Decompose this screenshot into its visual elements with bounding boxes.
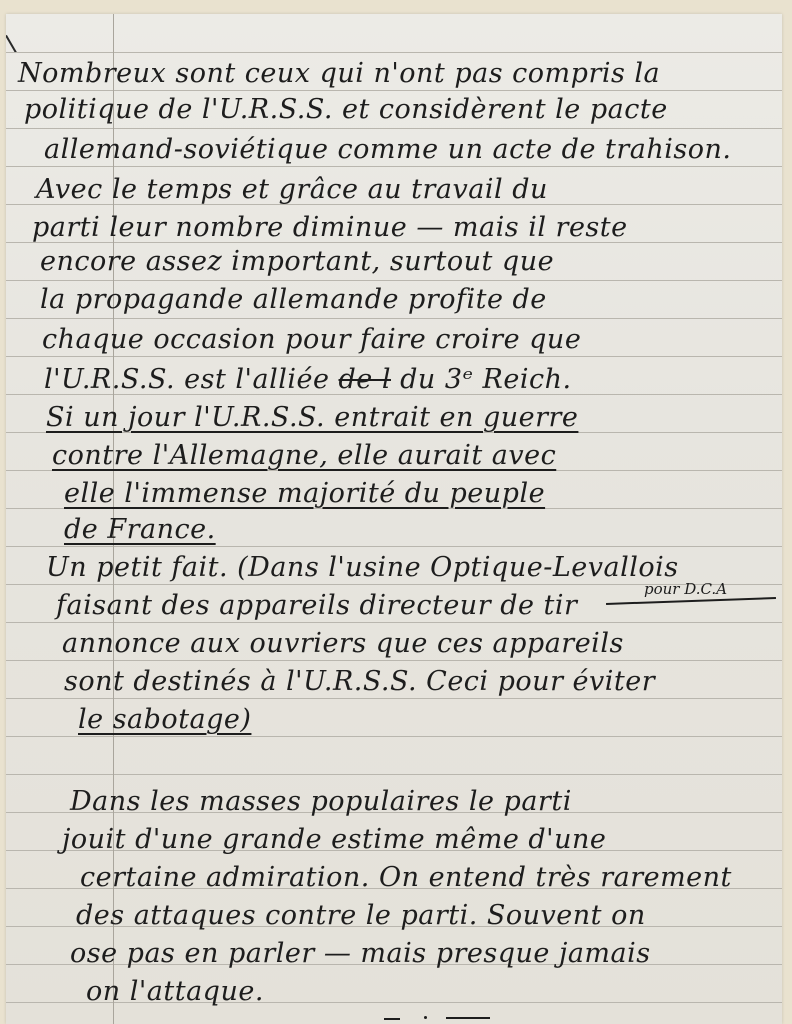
text-line-9-end: du 3ᵉ Reich. bbox=[391, 364, 572, 395]
text-line-22: des attaques contre le parti. Souvent on bbox=[76, 900, 646, 931]
underlined-line-13: de France. bbox=[64, 514, 216, 545]
ruled-line bbox=[6, 356, 782, 357]
ruled-line bbox=[6, 128, 782, 129]
ruled-line bbox=[6, 736, 782, 737]
text-line-9: l'U.R.S.S. est l'alliée de l du 3ᵉ Reich… bbox=[44, 364, 572, 395]
notebook-page: Nombreux sont ceux qui n'ont pas compris… bbox=[6, 14, 782, 1024]
corner-tick-mark bbox=[6, 35, 17, 53]
text-line-21: certaine admiration. On entend très rare… bbox=[80, 862, 732, 893]
ruled-line bbox=[6, 546, 782, 547]
ruled-line bbox=[6, 660, 782, 661]
underlined-line-12: elle l'immense majorité du peuple bbox=[64, 478, 545, 509]
ruled-line bbox=[6, 698, 782, 699]
text-line-15: faisant des appareils directeur de tir bbox=[56, 590, 577, 621]
text-line-16: annonce aux ouvriers que ces appareils bbox=[62, 628, 624, 659]
text-line-7: la propagande allemande profite de bbox=[40, 284, 547, 315]
text-line-9-start: l'U.R.S.S. est l'alliée bbox=[44, 364, 339, 395]
underlined-line-18: le sabotage) bbox=[78, 704, 251, 735]
ruled-line bbox=[6, 622, 782, 623]
insertion-stroke bbox=[606, 597, 776, 605]
closing-dash-mark bbox=[384, 1018, 400, 1020]
ruled-line bbox=[6, 90, 782, 91]
ruled-line bbox=[6, 774, 782, 775]
text-line-5: parti leur nombre diminue — mais il rest… bbox=[32, 212, 628, 243]
text-line-6: encore assez important, surtout que bbox=[40, 246, 554, 277]
ruled-line bbox=[6, 52, 782, 53]
ruled-line bbox=[6, 318, 782, 319]
closing-dash-mark bbox=[446, 1017, 490, 1019]
underlined-line-11: contre l'Allemagne, elle aurait avec bbox=[52, 440, 556, 471]
struck-out-text: de l bbox=[339, 364, 391, 395]
text-line-24: on l'attaque. bbox=[86, 976, 264, 1007]
text-line-8: chaque occasion pour faire croire que bbox=[42, 324, 581, 355]
text-line-3: allemand-soviétique comme un acte de tra… bbox=[44, 134, 731, 165]
text-line-20: jouit d'une grande estime même d'une bbox=[62, 824, 606, 855]
closing-dot-mark bbox=[424, 1016, 427, 1019]
text-line-4: Avec le temps et grâce au travail du bbox=[36, 174, 548, 205]
margin-insertion-note: pour D.C.A bbox=[644, 580, 727, 598]
text-line-23: ose pas en parler — mais presque jamais bbox=[70, 938, 651, 969]
text-line-17: sont destinés à l'U.R.S.S. Ceci pour évi… bbox=[64, 666, 655, 697]
ruled-line bbox=[6, 280, 782, 281]
text-line-19: Dans les masses populaires le parti bbox=[70, 786, 572, 817]
text-line-14: Un petit fait. (Dans l'usine Optique-Lev… bbox=[46, 552, 679, 583]
text-line-1: Nombreux sont ceux qui n'ont pas compris… bbox=[18, 58, 660, 89]
text-line-2: politique de l'U.R.S.S. et considèrent l… bbox=[24, 94, 668, 125]
ruled-line bbox=[6, 166, 782, 167]
underlined-line-10: Si un jour l'U.R.S.S. entrait en guerre bbox=[46, 402, 578, 433]
